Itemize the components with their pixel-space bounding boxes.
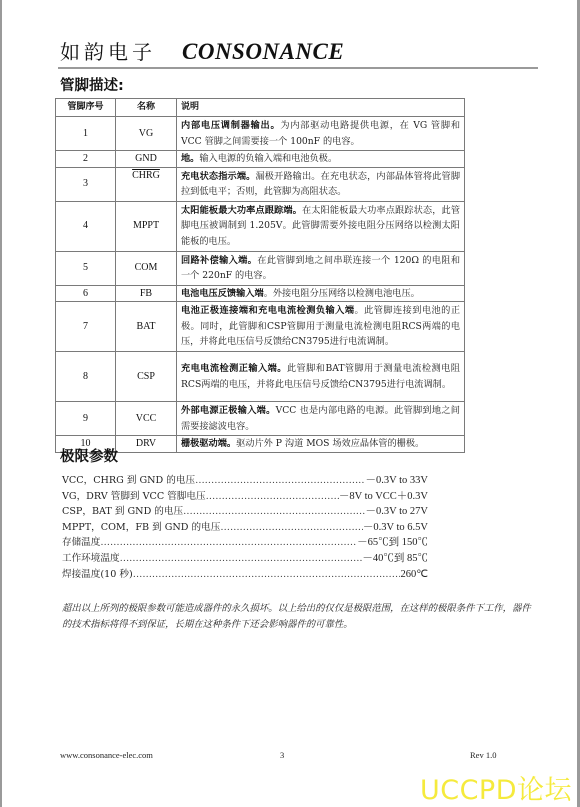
leader-dots bbox=[220, 520, 363, 536]
pin-description-title: 管脚描述: bbox=[60, 74, 124, 95]
pin-number: 9 bbox=[56, 402, 116, 436]
rating-value: －40℃到 85℃ bbox=[362, 551, 428, 567]
brand-english-name: CONSONANCE bbox=[182, 39, 344, 65]
pin-description-text: 驱动片外 P 沟道 MOS 场效应晶体管的栅极。 bbox=[236, 438, 424, 449]
pin-description: 电池电压反馈输入端。外接电阻分压网络以检测电池电压。 bbox=[177, 285, 465, 302]
rating-row: VCC，CHRG 到 GND 的电压 －0.3V to 33V bbox=[62, 473, 428, 489]
rating-label: MPPT，COM，FB 到 GND 的电压 bbox=[62, 520, 220, 536]
table-row: 8 CSP 充电电流检测正输入端。此管脚和BAT管脚用于测量电流检测电阻RCS两… bbox=[56, 352, 465, 402]
pin-description: 电池正极连接端和充电电流检测负输入端。此管脚连接到电池的正极。同时，此管脚和CS… bbox=[177, 302, 465, 352]
leader-dots bbox=[206, 489, 339, 505]
pin-description-title: 充电状态指示端。 bbox=[181, 171, 255, 182]
pin-name: VCC bbox=[116, 402, 177, 436]
table-row: 4 MPPT 太阳能板最大功率点跟踪端。在太阳能板最大功率点跟踪状态，此管脚电压… bbox=[56, 201, 465, 251]
pin-name: FB bbox=[116, 285, 177, 302]
rating-value: －8V to VCC＋0.3V bbox=[339, 489, 428, 505]
rating-row: 存储温度 －65℃到 150℃ bbox=[62, 535, 428, 551]
footer-website: www.consonance-elec.com bbox=[60, 750, 153, 760]
rating-value: －0.3V to 33V bbox=[365, 473, 428, 489]
pin-number: 6 bbox=[56, 285, 116, 302]
pin-description-title: 电池电压反馈输入端 bbox=[181, 288, 264, 299]
rating-row: 焊接温度(10 秒) 260℃ bbox=[62, 567, 428, 583]
pin-name-overlined: CHRG bbox=[132, 170, 160, 181]
rating-label: VG，DRV 管脚到 VCC 管脚电压 bbox=[62, 489, 206, 505]
pin-description: 地。输入电源的负输入端和电池负极。 bbox=[177, 151, 465, 168]
table-row: 2 GND 地。输入电源的负输入端和电池负极。 bbox=[56, 151, 465, 168]
pin-description: 充电电流检测正输入端。此管脚和BAT管脚用于测量电流检测电阻RCS两端的电压，并… bbox=[177, 352, 465, 402]
table-header-row: 管脚序号 名称 说明 bbox=[56, 99, 465, 117]
brand-chinese-name: 如韵电子 bbox=[60, 36, 156, 65]
pin-description-title: 外部电源正极输入端。 bbox=[181, 405, 276, 416]
pin-description: 充电状态指示端。漏极开路输出。在充电状态，内部晶体管将此管脚拉到低电平；否则，此… bbox=[177, 167, 465, 201]
table-row: 9 VCC 外部电源正极输入端。VCC 也是内部电路的电源。此管脚到地之间需要接… bbox=[56, 402, 465, 436]
pin-name: GND bbox=[116, 151, 177, 168]
rating-label: 焊接温度(10 秒) bbox=[62, 567, 133, 583]
pin-description-text: 输入电源的负输入端和电池负极。 bbox=[199, 153, 337, 164]
pin-name: DRV bbox=[116, 436, 177, 453]
leader-dots bbox=[133, 567, 401, 583]
pin-description-title: 太阳能板最大功率点跟踪端。 bbox=[181, 205, 302, 216]
column-header-name: 名称 bbox=[116, 99, 177, 117]
rating-row: 工作环境温度 －40℃到 85℃ bbox=[62, 551, 428, 567]
pin-description: 回路补偿输入端。在此管脚到地之间串联连接一个 120Ω 的电阻和一个 220nF… bbox=[177, 251, 465, 285]
footer-page-number: 3 bbox=[280, 750, 284, 760]
pin-description: 外部电源正极输入端。VCC 也是内部电路的电源。此管脚到地之间需要接滤波电容。 bbox=[177, 402, 465, 436]
rating-row: VG，DRV 管脚到 VCC 管脚电压 －8V to VCC＋0.3V bbox=[62, 489, 428, 505]
leader-dots bbox=[100, 535, 357, 551]
rating-value: －0.3V to 6.5V bbox=[363, 520, 428, 536]
pin-number: 1 bbox=[56, 117, 116, 151]
forum-watermark: UCCPD论坛 bbox=[420, 768, 572, 807]
pin-number: 5 bbox=[56, 251, 116, 285]
pin-number: 4 bbox=[56, 201, 116, 251]
leader-dots bbox=[120, 551, 363, 567]
rating-row: MPPT，COM，FB 到 GND 的电压 －0.3V to 6.5V bbox=[62, 520, 428, 536]
table-row: 5 COM 回路补偿输入端。在此管脚到地之间串联连接一个 120Ω 的电阻和一个… bbox=[56, 251, 465, 285]
pin-name: MPPT bbox=[116, 201, 177, 251]
leader-dots bbox=[183, 504, 365, 520]
table-row: 1 VG 内部电压调制器输出。为内部驱动电路提供电源，在 VG 管脚和 VCC … bbox=[56, 117, 465, 151]
pin-name: CHRG bbox=[116, 167, 177, 201]
pin-description-title: 内部电压调制器输出。 bbox=[181, 120, 280, 131]
header-divider bbox=[58, 67, 538, 69]
pin-description: 内部电压调制器输出。为内部驱动电路提供电源，在 VG 管脚和 VCC 管脚之间需… bbox=[177, 117, 465, 151]
absolute-maximum-ratings-list: VCC，CHRG 到 GND 的电压 －0.3V to 33V VG，DRV 管… bbox=[62, 473, 428, 582]
rating-label: VCC，CHRG 到 GND 的电压 bbox=[62, 473, 195, 489]
pin-description-title: 地。 bbox=[181, 153, 199, 164]
column-header-description: 说明 bbox=[177, 99, 465, 117]
pin-description-text: 。外接电阻分压网络以检测电池电压。 bbox=[264, 288, 420, 299]
table-row: 7 BAT 电池正极连接端和充电电流检测负输入端。此管脚连接到电池的正极。同时，… bbox=[56, 302, 465, 352]
pin-description-title: 回路补偿输入端。 bbox=[181, 255, 257, 266]
pin-number: 7 bbox=[56, 302, 116, 352]
table-row: 6 FB 电池电压反馈输入端。外接电阻分压网络以检测电池电压。 bbox=[56, 285, 465, 302]
pin-description-title: 充电电流检测正输入端。 bbox=[181, 363, 287, 374]
pin-name: CSP bbox=[116, 352, 177, 402]
pin-name: BAT bbox=[116, 302, 177, 352]
leader-dots bbox=[195, 473, 365, 489]
rating-label: 工作环境温度 bbox=[62, 551, 120, 567]
footer-revision: Rev 1.0 bbox=[470, 750, 496, 760]
table-row: 3 CHRG 充电状态指示端。漏极开路输出。在充电状态，内部晶体管将此管脚拉到低… bbox=[56, 167, 465, 201]
pin-number: 3 bbox=[56, 167, 116, 201]
pin-number: 2 bbox=[56, 151, 116, 168]
pin-description: 太阳能板最大功率点跟踪端。在太阳能板最大功率点跟踪状态，此管脚电压被调制到 1.… bbox=[177, 201, 465, 251]
column-header-pin-number: 管脚序号 bbox=[56, 99, 116, 117]
pin-description: 栅极驱动端。驱动片外 P 沟道 MOS 场效应晶体管的栅极。 bbox=[177, 436, 465, 453]
rating-value: 260℃ bbox=[400, 567, 428, 583]
pin-description-title: 电池正极连接端和充电电流检测负输入端 bbox=[181, 305, 354, 316]
page-edge-left bbox=[0, 0, 2, 807]
rating-value: －65℃到 150℃ bbox=[357, 535, 428, 551]
document-header: 如韵电子 CONSONANCE bbox=[60, 36, 344, 65]
pin-number: 8 bbox=[56, 352, 116, 402]
pin-description-table: 管脚序号 名称 说明 1 VG 内部电压调制器输出。为内部驱动电路提供电源，在 … bbox=[55, 98, 465, 453]
pin-name: VG bbox=[116, 117, 177, 151]
rating-label: CSP，BAT 到 GND 的电压 bbox=[62, 504, 183, 520]
absolute-maximum-ratings-title: 极限参数 bbox=[60, 445, 118, 466]
rating-row: CSP，BAT 到 GND 的电压 －0.3V to 27V bbox=[62, 504, 428, 520]
pin-name: COM bbox=[116, 251, 177, 285]
pin-description-title: 栅极驱动端。 bbox=[181, 438, 236, 449]
ratings-disclaimer-note: 超出以上所列的极限参数可能造成器件的永久损坏。以上给出的仅仅是极限范围，在这样的… bbox=[62, 601, 532, 633]
rating-value: －0.3V to 27V bbox=[365, 504, 428, 520]
rating-label: 存储温度 bbox=[62, 535, 100, 551]
